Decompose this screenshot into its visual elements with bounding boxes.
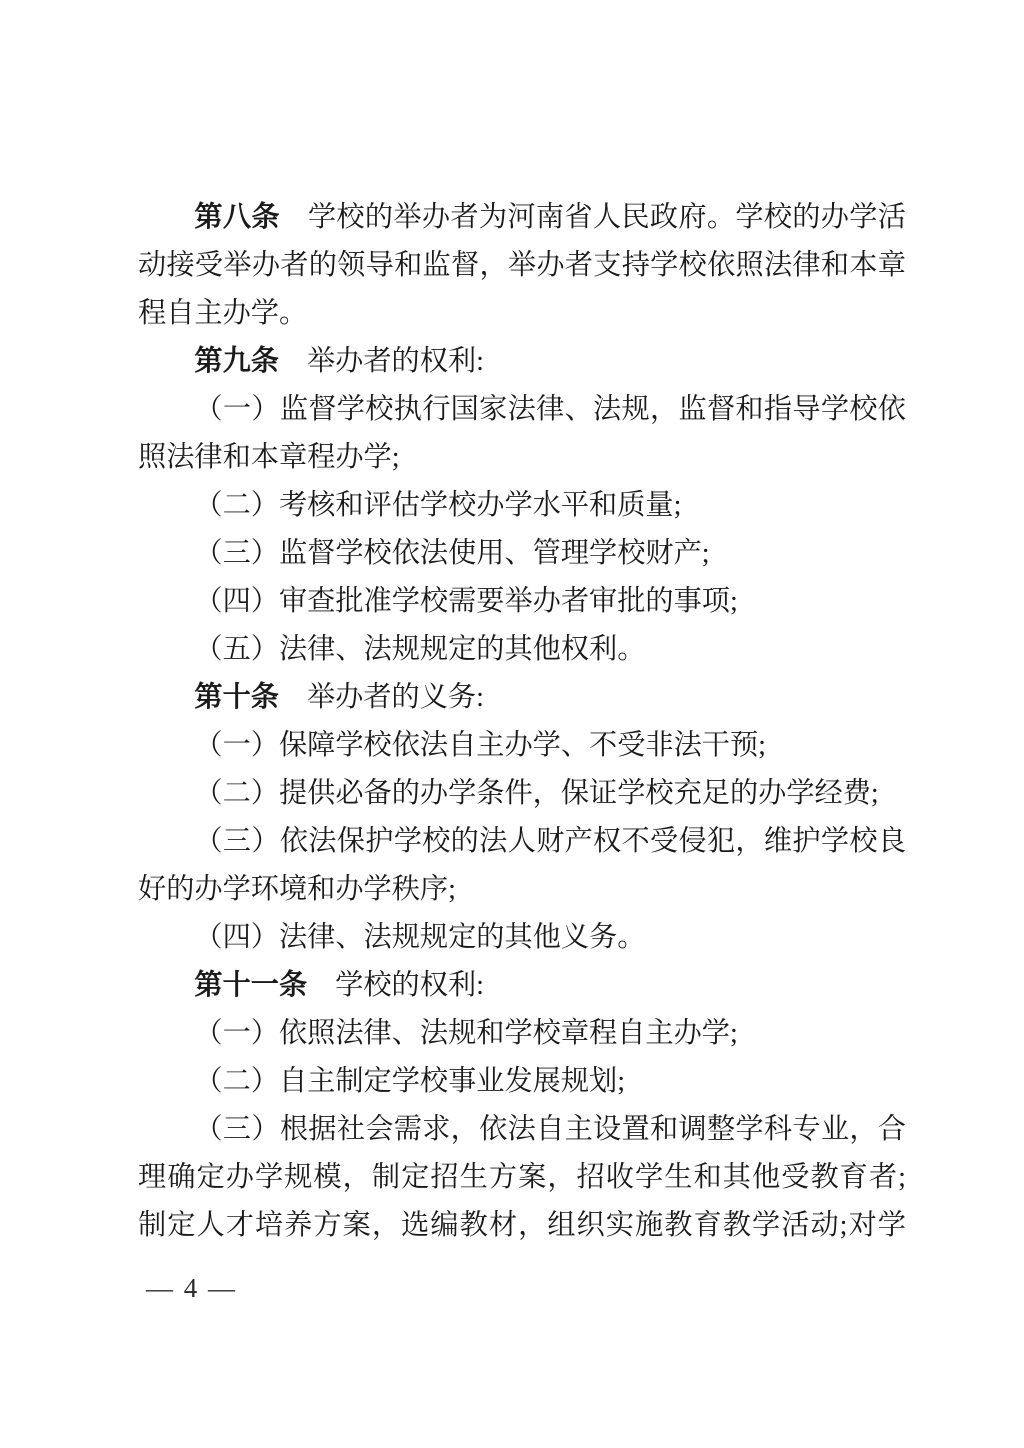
article-number: 第十条 — [194, 682, 279, 713]
paragraph-text: （一）依照法律、法规和学校章程自主办学; — [194, 1018, 737, 1049]
paragraph-clause-2: （二）自主制定学校事业发展规划; — [138, 1058, 906, 1106]
document-page: 第八条学校的举办者为河南省人民政府。学校的办学活动接受举办者的领导和监督，举办者… — [0, 0, 1024, 1448]
paragraph-text: 举办者的义务: — [307, 682, 484, 713]
paragraph-text: （三）依法保护学校的法人财产权不受侵犯，维护学校良好的办学环境和办学秩序; — [138, 826, 906, 905]
paragraph-text: （一）保障学校依法自主办学、不受非法干预; — [194, 730, 766, 761]
paragraph-clause-3: （三）依法保护学校的法人财产权不受侵犯，维护学校良好的办学环境和办学秩序; — [138, 818, 906, 914]
paragraph-clause-2: （二）提供必备的办学条件，保证学校充足的办学经费; — [138, 770, 906, 818]
paragraph-text: （三）监督学校依法使用、管理学校财产; — [194, 538, 709, 569]
paragraph-clause-1: （一）保障学校依法自主办学、不受非法干预; — [138, 722, 906, 770]
paragraph-text: （三）根据社会需求，依法自主设置和调整学科专业，合理确定办学规模，制定招生方案，… — [138, 1114, 906, 1241]
page-number: — 4 — — [146, 1273, 237, 1303]
paragraph-text: 举办者的权利: — [307, 346, 484, 377]
document-body: 第八条学校的举办者为河南省人民政府。学校的办学活动接受举办者的领导和监督，举办者… — [138, 194, 906, 1250]
paragraph-article-8: 第八条学校的举办者为河南省人民政府。学校的办学活动接受举办者的领导和监督，举办者… — [138, 194, 906, 338]
paragraph-clause-1: （一）依照法律、法规和学校章程自主办学; — [138, 1010, 906, 1058]
paragraph-clause-4: （四）法律、法规规定的其他义务。 — [138, 914, 906, 962]
paragraph-text: （四）审查批准学校需要举办者审批的事项; — [194, 586, 737, 617]
paragraph-text: （四）法律、法规规定的其他义务。 — [194, 922, 645, 953]
paragraph-text: （五）法律、法规规定的其他权利。 — [194, 634, 645, 665]
paragraph-clause-4: （四）审查批准学校需要举办者审批的事项; — [138, 578, 906, 626]
paragraph-clause-3: （三）监督学校依法使用、管理学校财产; — [138, 530, 906, 578]
paragraph-clause-3: （三）根据社会需求，依法自主设置和调整学科专业，合理确定办学规模，制定招生方案，… — [138, 1106, 906, 1250]
article-number: 第十一条 — [194, 970, 307, 1001]
paragraph-clause-2: （二）考核和评估学校办学水平和质量; — [138, 482, 906, 530]
paragraph-text: （一）监督学校执行国家法律、法规，监督和指导学校依照法律和本章程办学; — [138, 394, 906, 473]
paragraph-clause-5: （五）法律、法规规定的其他权利。 — [138, 626, 906, 674]
page-footer: — 4 — — [146, 1271, 237, 1305]
paragraph-clause-1: （一）监督学校执行国家法律、法规，监督和指导学校依照法律和本章程办学; — [138, 386, 906, 482]
paragraph-article-9: 第九条举办者的权利: — [138, 338, 906, 386]
paragraph-article-10: 第十条举办者的义务: — [138, 674, 906, 722]
paragraph-text: （二）考核和评估学校办学水平和质量; — [194, 490, 681, 521]
paragraph-article-11: 第十一条学校的权利: — [138, 962, 906, 1010]
paragraph-text: （二）自主制定学校事业发展规划; — [194, 1066, 625, 1097]
paragraph-text: 学校的权利: — [335, 970, 484, 1001]
article-number: 第九条 — [194, 346, 279, 377]
article-number: 第八条 — [194, 202, 280, 233]
paragraph-text: （二）提供必备的办学条件，保证学校充足的办学经费; — [194, 778, 878, 809]
